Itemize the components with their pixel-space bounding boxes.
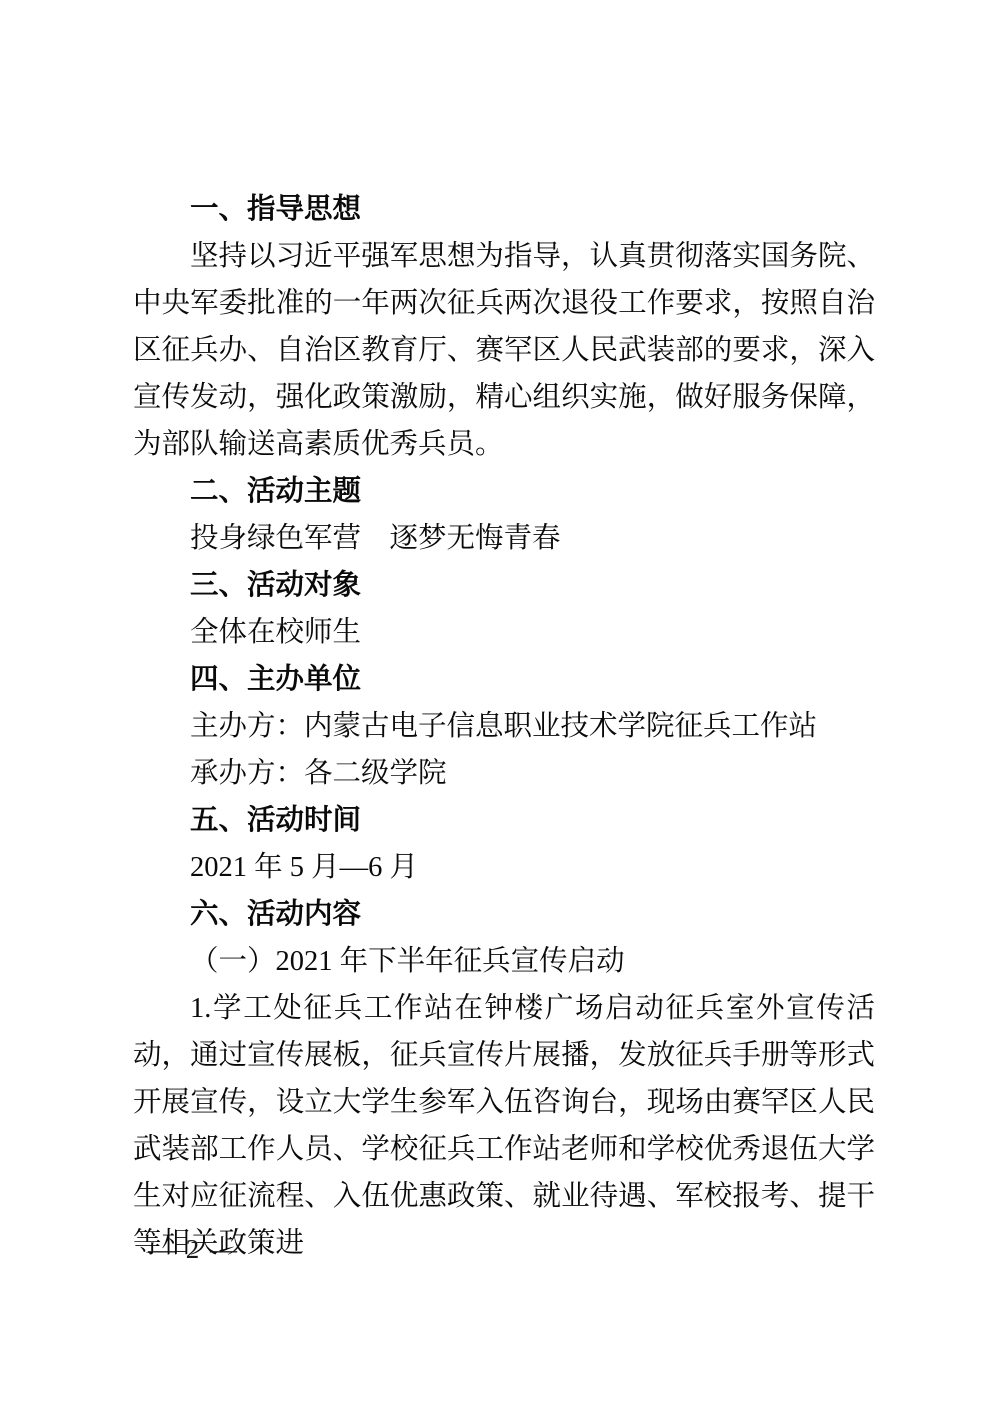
heading-guiding-ideology: 一、指导思想 [133, 186, 875, 233]
heading-activity-theme: 二、活动主题 [133, 468, 875, 515]
heading-activity-time: 五、活动时间 [133, 797, 875, 844]
document-page: 一、指导思想 坚持以习近平强军思想为指导，认真贯彻落实国务院、中央军委批准的一年… [0, 0, 1000, 1413]
heading-organizers: 四、主办单位 [133, 656, 875, 703]
paragraph-activity-target: 全体在校师生 [133, 609, 875, 656]
paragraph-undertaking-organizer: 承办方：各二级学院 [133, 750, 875, 797]
subheading-recruitment-publicity-launch: （一）2021 年下半年征兵宣传启动 [133, 938, 875, 985]
paragraph-activity-theme: 投身绿色军营 逐梦无悔青春 [133, 515, 875, 562]
page-number: — 2 — [148, 1234, 239, 1264]
heading-activity-target: 三、活动对象 [133, 562, 875, 609]
heading-activity-content: 六、活动内容 [133, 891, 875, 938]
paragraph-host-organizer: 主办方：内蒙古电子信息职业技术学院征兵工作站 [133, 703, 875, 750]
document-body: 一、指导思想 坚持以习近平强军思想为指导，认真贯彻落实国务院、中央军委批准的一年… [133, 186, 875, 1267]
paragraph-guiding-ideology: 坚持以习近平强军思想为指导，认真贯彻落实国务院、中央军委批准的一年两次征兵两次退… [133, 233, 875, 468]
paragraph-activity-time: 2021 年 5 月—6 月 [133, 844, 875, 891]
paragraph-recruitment-publicity-details: 1.学工处征兵工作站在钟楼广场启动征兵室外宣传活动，通过宣传展板，征兵宣传片展播… [133, 985, 875, 1267]
